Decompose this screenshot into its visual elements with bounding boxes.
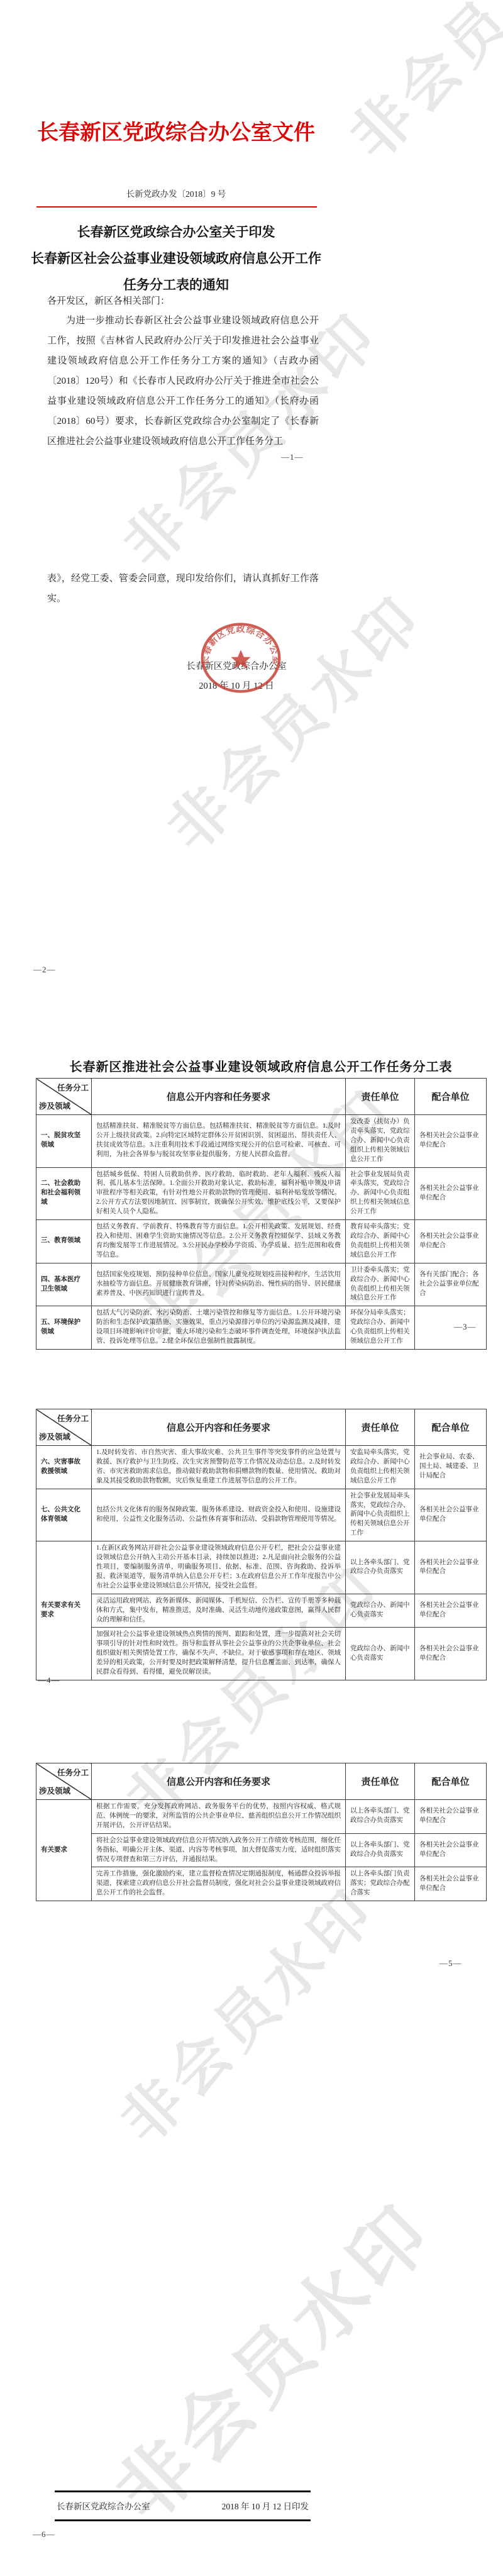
field-label-cell: 五、环境保护领域 [36,1306,92,1350]
field-label-cell: 一、脱贫攻坚领域 [36,1115,92,1168]
table-column-header: 信息公开内容和任务要求 [92,1763,346,1800]
cooperate-cell: 各相关社会公益事业单位配合 [415,1867,487,1901]
responsible-cell: 以上各牵头部门负责落实；党政综合办配合落实 [346,1867,415,1901]
table-header-row: 任务分工涉及领域信息公开内容和任务要求责任单位配合单位 [36,1763,487,1800]
notice-title-line2: 长春新区社会公益事业建设领域政府信息公开工作 [18,245,334,272]
notice-paragraph-page1: 为进一步推动长春新区社会公益事业建设领域政府信息公开工作，按照《吉林省人民政府办… [47,311,319,452]
field-label-cell: 六、灾害事故救援领域 [36,1446,92,1489]
cooperate-cell [415,1306,487,1350]
content-cell: 包括公共文化体育的服务保障政策、服务体系建设、财政资金投入和使用、设施建设和使用… [92,1489,346,1541]
content-cell: 包括国家免疫规划、预防接种单位信息、国家儿童免疫规划疫苗接种程序，生活饮用水抽检… [92,1263,346,1306]
notice-paragraph-page2: 表》，经党工委、管委会同意，现印发给你们，请认真抓好工作落实。 [47,569,319,609]
table-column-header: 责任单位 [346,1409,415,1446]
notice-title-line1: 长春新区党政综合办公室关于印发 [18,219,334,245]
table-row: 灵活运用政府网站、政务新媒体、新闻媒体、手机短信、公告栏、宣传手册等多种载体和方… [36,1594,487,1628]
red-header-title: 长春新区党政综合办公室文件 [33,115,319,146]
corner-label-bottom: 涉及领域 [39,1431,70,1442]
table-corner-cell: 任务分工涉及领域 [36,1079,92,1115]
corner-label-top: 任务分工 [57,1767,89,1778]
field-label-cell: 有关要求有关要求 [36,1541,92,1680]
footer-rule-top [55,2490,311,2492]
cooperate-cell: 各相关社会公益事业单位配合 [415,1594,487,1628]
footer-print-date: 2018 年 10 月 12 日印发 [222,2499,309,2512]
doc-number: 长新党政办发〔2018〕9 号 [33,187,319,199]
content-cell: 灵活运用政府网站、政务新媒体、新闻媒体、手机短信、公告栏、宣传手册等多种载体和方… [92,1594,346,1628]
responsible-cell: 发改委（扶贫办）负责牵头落实，党政综合办、新闻中心负责组织上传相关领域信息公开工… [346,1115,415,1168]
responsible-cell: 教育局牵头落实；党政综合办、新闻中心负责组织上传相关领域信息公开工作 [346,1220,415,1263]
responsible-cell: 以上各牵头部门、党政综合办负责落实 [346,1541,415,1594]
table-column-header: 信息公开内容和任务要求 [92,1079,346,1115]
table-column-header: 配合单位 [415,1079,487,1115]
content-cell: 包括大气污染防治、水污染防治、土壤污染管控和修复等方面信息。1.公开环境污染防治… [92,1306,346,1350]
table-column-header: 信息公开内容和任务要求 [92,1409,346,1446]
content-cell: 包括精准扶贫、精准脱贫等方面信息。包括精准扶贫、精准脱贫等方面信息。1.及时公开… [92,1115,346,1168]
footer-rule-bottom [55,2519,311,2521]
corner-label-top: 任务分工 [57,1413,89,1424]
responsible-cell: 党政综合办、新闻中心负责落实 [346,1628,415,1680]
table-column-header: 责任单位 [346,1079,415,1115]
responsible-cell: 卫计委牵头落实；党政综合办、新闻中心负责组织上传相关领域信息公开工作 [346,1263,415,1306]
content-cell: 包括义务教育、学前教育、特殊教育等方面信息。1.公开相关政策、发展规划、经费投入… [92,1220,346,1263]
cooperate-cell: 各相关社会公益事业单位配合 [415,1489,487,1541]
table-column-header: 责任单位 [346,1763,415,1800]
cooperate-cell: 各相关社会公益事业单位配合 [415,1800,487,1834]
field-label-cell: 三、教育领域 [36,1220,92,1263]
table-row: 七、公共文化体育领域包括公共文化体育的服务保障政策、服务体系建设、财政资金投入和… [36,1489,487,1541]
table-corner-cell: 任务分工涉及领域 [36,1409,92,1446]
responsible-cell: 党政综合办、新闻中心负责落实 [346,1594,415,1628]
footer-row: 长春新区党政综合办公室 2018 年 10 月 12 日印发 [55,2499,311,2512]
task-table-3: 任务分工涉及领域信息公开内容和任务要求责任单位配合单位有关要求根据工作需要，充分… [36,1763,486,1901]
responsible-cell: 社会事业发展局牵头落实，党政综合办、新闻中心负责组织上传相关领域信息公开工作 [346,1489,415,1541]
table-row: 加强对社会公益事业建设领域热点舆情的预判、跟踪和处置，进一步提高对社会关切事项引… [36,1628,487,1680]
notice-title: 长春新区党政综合办公室关于印发 长春新区社会公益事业建设领域政府信息公开工作 任… [18,219,334,298]
cooperate-cell: 各相关社会公益事业单位配合 [415,1220,487,1263]
table-row: 四、基本医疗卫生领域包括国家免疫规划、预防接种单位信息、国家儿童免疫规划疫苗接种… [36,1263,487,1306]
page-number: —2— [33,965,56,975]
table-row: 有关要求根据工作需要，充分发挥政府网站、政务服务平台的优势，按照内容权威、格式规… [36,1800,487,1834]
content-cell: 完善工作措施，强化激励约束，建立监督检查情况定期通报制度，畅通群众投诉举报渠道，… [92,1867,346,1901]
page-number: —1— [281,452,304,462]
corner-label-bottom: 涉及领域 [39,1785,70,1796]
salutation: 各开发区，新区各相关部门： [47,294,170,307]
task-table-1: 任务分工涉及领域信息公开内容和任务要求责任单位配合单位一、脱贫攻坚领域包括精准扶… [36,1078,486,1350]
table-column-header: 配合单位 [415,1763,487,1800]
table-corner-cell: 任务分工涉及领域 [36,1763,92,1800]
cooperate-cell: 各相关社会公益事业单位配合 [415,1541,487,1594]
table-header-row: 任务分工涉及领域信息公开内容和任务要求责任单位配合单位 [36,1079,487,1115]
field-label-cell: 七、公共文化体育领域 [36,1489,92,1541]
responsible-cell: 安监局牵头落实，党政综合办、新闻中心负责组织上传相关领域信息公开工作 [346,1446,415,1489]
task-table-2: 任务分工涉及领域信息公开内容和任务要求责任单位配合单位六、灾害事故救援领域1.及… [36,1409,486,1680]
cooperate-cell: 各相关社会公益事业单位配合 [415,1115,487,1168]
table-row: 有关要求有关要求1.在新区政务网站开辟社会公益事业建设领域政府信息公开专栏，把社… [36,1541,487,1594]
cooperate-cell: 社会事业局、农委、国土局、城建委、卫计局配合 [415,1446,487,1489]
document-page: 非会员水印非会员水印非会员水印非会员水印非会员水印非会员水印非会员水印 长春新区… [0,0,503,2576]
table-row: 完善工作措施，强化激励约束，建立监督检查情况定期通报制度，畅通群众投诉举报渠道，… [36,1867,487,1901]
responsible-cell: 以上各牵头部门、党政综合办负责落实 [346,1800,415,1834]
content-cell: 加强对社会公益事业建设领域热点舆情的预判、跟踪和处置，进一步提高对社会关切事项引… [92,1628,346,1680]
table-row: 二、社会救助和社会福利领域包括城乡低保、特困人员救助供养、医疗救助、临时救助、老… [36,1167,487,1220]
responsible-cell: 环保分局牵头落实；党政综合办、新闻中心负责组织上传相关领域信息公开工作 [346,1306,415,1350]
red-divider-line [36,206,317,208]
seal-star-icon [231,650,250,669]
table-row: 三、教育领域包括义务教育、学前教育、特殊教育等方面信息。1.公开相关政策、发展规… [36,1220,487,1263]
responsible-cell: 社会事业发展局负责牵头落实，党政综合办、新闻中心负责组织上传相关领域信息公开工作 [346,1167,415,1220]
content-cell: 将社会公益事业建设领域政府信息公开情况纳入政务公开工作绩效考核范围，细化任务指标… [92,1833,346,1867]
content-cell: 包括城乡低保、特困人员救助供养、医疗救助、临时救助、老年人福利、残疾人福利、孤儿… [92,1167,346,1220]
content-cell: 根据工作需要，充分发挥政府网站、政务服务平台的优势，按照内容权威、格式规范、体例… [92,1800,346,1834]
table-row: 一、脱贫攻坚领域包括精准扶贫、精准脱贫等方面信息。包括精准扶贫、精准脱贫等方面信… [36,1115,487,1168]
table-row: 五、环境保护领域包括大气污染防治、水污染防治、土壤污染管控和修复等方面信息。1.… [36,1306,487,1350]
page-number: —5— [439,1958,462,1968]
cooperate-cell: 各相关社会公益事业单位配合 [415,1628,487,1680]
corner-label-top: 任务分工 [57,1082,89,1093]
official-seal: 长春新区党政综合办公室 [198,619,284,696]
table-row: 将社会公益事业建设领域政府信息公开情况纳入政务公开工作绩效考核范围，细化任务指标… [36,1833,487,1867]
table-header-row: 任务分工涉及领域信息公开内容和任务要求责任单位配合单位 [36,1409,487,1446]
page-number: —6— [33,2529,55,2540]
corner-label-bottom: 涉及领域 [39,1100,70,1111]
field-label-cell: 二、社会救助和社会福利领域 [36,1167,92,1220]
field-label-cell: 四、基本医疗卫生领域 [36,1263,92,1306]
field-label-cell: 有关要求 [36,1800,92,1901]
cooperate-cell: 各相关社会公益事业单位配合 [415,1167,487,1220]
document-content: 长春新区党政综合办公室文件 长新党政办发〔2018〕9 号 长春新区党政综合办公… [0,0,503,2576]
table-row: 六、灾害事故救援领域1.及时转发省、市自然灾害、重大事故灾难、公共卫生事件等突发… [36,1446,487,1489]
task-table-title: 长春新区推进社会公益事业建设领域政府信息公开工作任务分工表 [36,1057,486,1075]
footer-org: 长春新区党政综合办公室 [57,2499,150,2512]
content-cell: 1.在新区政务网站开辟社会公益事业建设领域政府信息公开专栏，把社会公益事业建设领… [92,1541,346,1594]
content-cell: 1.及时转发省、市自然灾害、重大事故灾难、公共卫生事件等突发事件的应急处置与救援… [92,1446,346,1489]
table-column-header: 配合单位 [415,1409,487,1446]
cooperate-cell: 各相关社会公益事业单位配合 [415,1833,487,1867]
responsible-cell: 以上各牵头部门、党政综合办负责落实 [346,1833,415,1867]
cooperate-cell: 各有关部门配合；各社会公益事业单位配合 [415,1263,487,1306]
